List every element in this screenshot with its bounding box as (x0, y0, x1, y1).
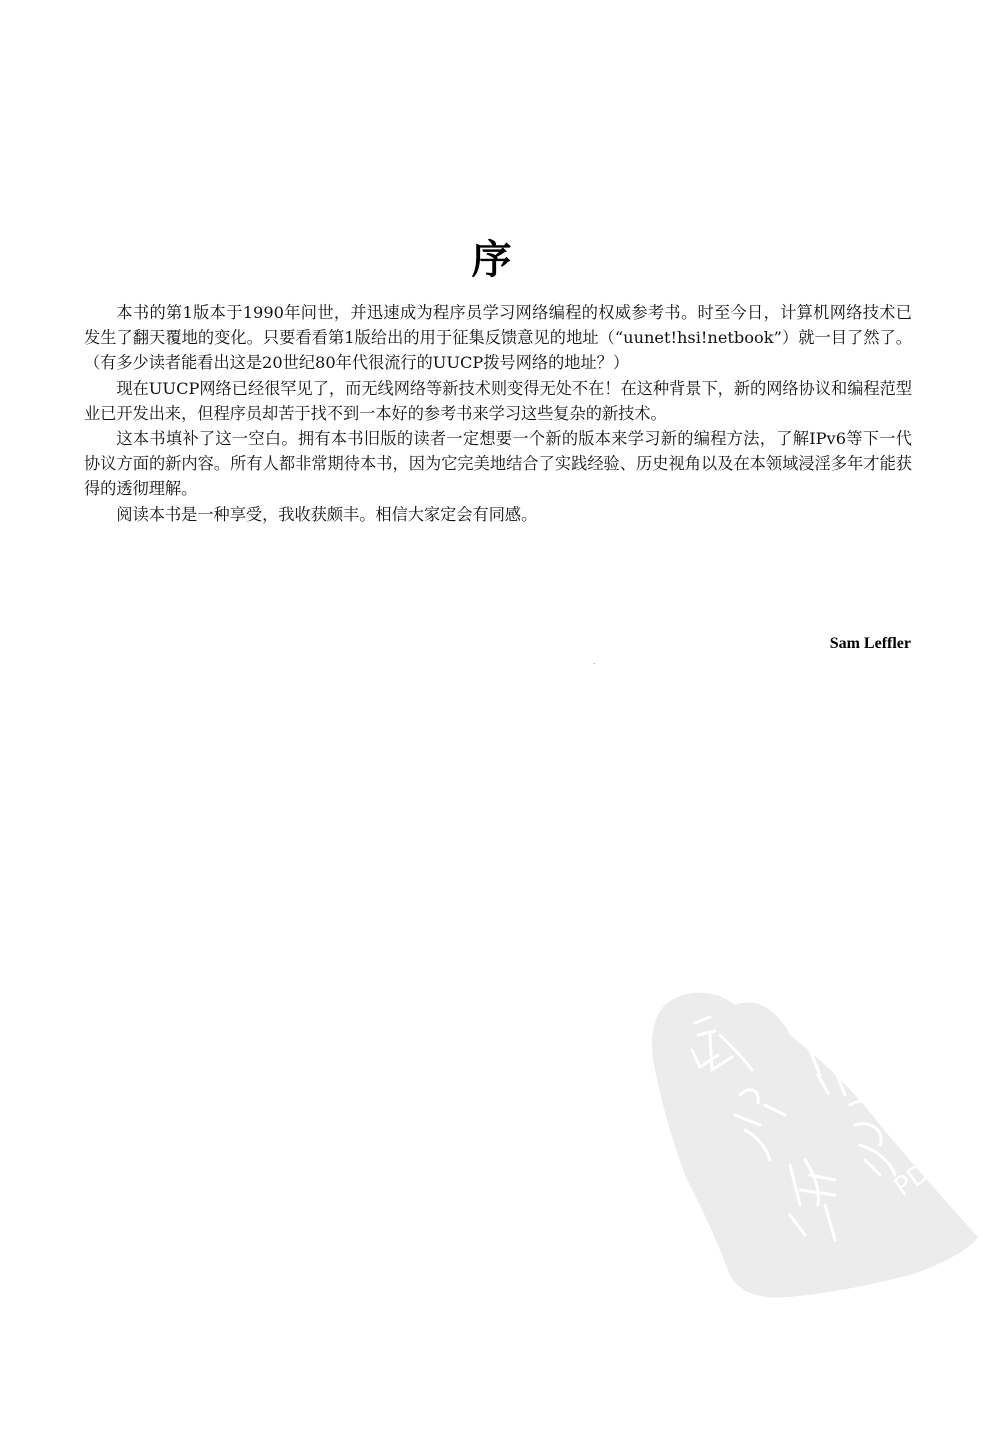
paragraph: 这本书填补了这一空白。拥有本书旧版的读者一定想要一个新的版本来学习新的编程方法，… (84, 426, 912, 502)
pdg-seal-watermark: PDG (640, 975, 983, 1305)
scan-speck (594, 663, 595, 664)
seal-icon: PDG (640, 975, 983, 1305)
page-title: 序 (0, 235, 983, 285)
author-signature: Sam Leffler (830, 633, 911, 655)
foreword-body: 本书的第1版本于1990年问世，并迅速成为程序员学习网络编程的权威参考书。时至今… (84, 300, 912, 527)
paragraph: 阅读本书是一种享受，我收获颇丰。相信大家定会有同感。 (84, 502, 912, 527)
paragraph: 本书的第1版本于1990年问世，并迅速成为程序员学习网络编程的权威参考书。时至今… (84, 300, 912, 376)
paragraph: 现在UUCP网络已经很罕见了，而无线网络等新技术则变得无处不在！在这种背景下，新… (84, 376, 912, 426)
